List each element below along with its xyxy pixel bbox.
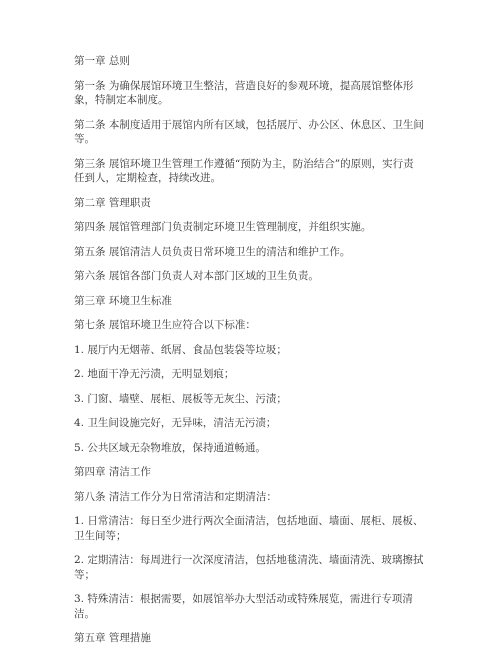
- article-7: 第七条 展馆环境卫生应符合以下标准：: [74, 318, 424, 333]
- chapter-1-heading: 第一章 总则: [74, 54, 424, 69]
- article-2: 第二条 本制度适用于展馆内所有区域，包括展厅、办公区、休息区、卫生间等。: [74, 118, 424, 147]
- standard-item-4: 4. 卫生间设施完好，无异味，清洁无污渍；: [74, 416, 424, 431]
- article-6: 第六条 展馆各部门负责人对本部门区域的卫生负责。: [74, 269, 424, 284]
- article-4: 第四条 展馆管理部门负责制定环境卫生管理制度，并组织实施。: [74, 220, 424, 235]
- article-8: 第八条 清洁工作分为日常清洁和定期清洁：: [74, 490, 424, 505]
- article-5: 第五条 展馆清洁人员负责日常环境卫生的清洁和维护工作。: [74, 245, 424, 260]
- chapter-4-heading: 第四章 清洁工作: [74, 465, 424, 480]
- article-3: 第三条 展馆环境卫生管理工作遵循“预防为主，防治结合”的原则，实行责任到人，定期…: [74, 157, 424, 186]
- cleaning-item-2: 2. 定期清洁：每周进行一次深度清洁，包括地毯清洗、墙面清洗、玻璃擦拭等；: [74, 553, 424, 582]
- standard-item-2: 2. 地面干净无污渍，无明显划痕；: [74, 367, 424, 382]
- standard-item-3: 3. 门窗、墙壁、展柜、展板等无灰尘、污渍；: [74, 392, 424, 407]
- cleaning-item-3: 3. 特殊清洁：根据需要，如展馆举办大型活动或特殊展览，需进行专项清洁。: [74, 592, 424, 621]
- standard-item-1: 1. 展厅内无烟蒂、纸屑、食品包装袋等垃圾；: [74, 343, 424, 358]
- chapter-5-heading: 第五章 管理措施: [74, 631, 424, 646]
- chapter-2-heading: 第二章 管理职责: [74, 196, 424, 211]
- article-1: 第一条 为确保展馆环境卫生整洁，营造良好的参观环境，提高展馆整体形象，特制定本制…: [74, 79, 424, 108]
- document-page: 第一章 总则 第一条 为确保展馆环境卫生整洁，营造良好的参观环境，提高展馆整体形…: [74, 54, 424, 649]
- chapter-3-heading: 第三章 环境卫生标准: [74, 294, 424, 309]
- standard-item-5: 5. 公共区域无杂物堆放，保持通道畅通。: [74, 441, 424, 456]
- cleaning-item-1: 1. 日常清洁：每日至少进行两次全面清洁，包括地面、墙面、展柜、展板、卫生间等；: [74, 514, 424, 543]
